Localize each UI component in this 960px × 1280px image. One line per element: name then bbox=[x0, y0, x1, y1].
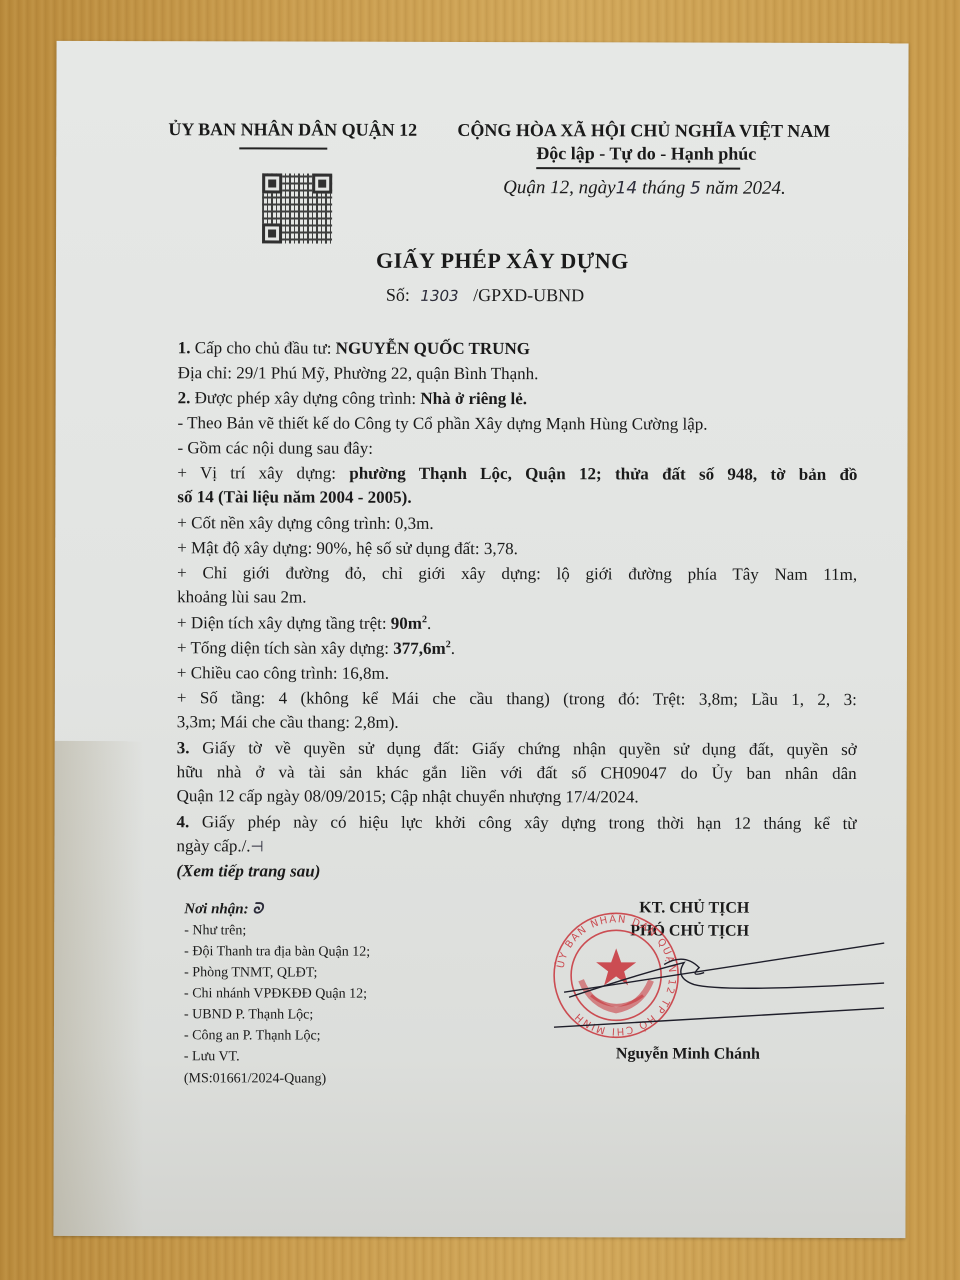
issuer-name: ỦY BAN NHÂN DÂN QUẬN 12 bbox=[168, 119, 417, 141]
design-reference: - Theo Bản vẽ thiết kế do Công ty Cổ phầ… bbox=[178, 413, 858, 435]
number-handwritten: 1303 bbox=[420, 287, 458, 305]
recipient-item: - UBND P. Thạnh Lộc; bbox=[184, 1007, 313, 1023]
document-number: Số: 1303 /GPXD-UBND bbox=[386, 285, 584, 307]
initial-mark-icon: ⊣ bbox=[251, 837, 264, 855]
date-day-handwritten: 14 bbox=[616, 178, 638, 198]
location-line-2: số 14 (Tài liệu năm 2004 - 2005). bbox=[177, 487, 857, 509]
number-suffix: /GPXD-UBND bbox=[473, 285, 584, 305]
section-4-line-1: 4. Giấy phép này có hiệu lực khởi công x… bbox=[176, 812, 856, 834]
date-month-handwritten: 5 bbox=[690, 179, 701, 199]
date-year: năm 2024. bbox=[706, 178, 786, 199]
owner-address: Địa chỉ: 29/1 Phú Mỹ, Phường 22, quận Bì… bbox=[178, 363, 858, 385]
ms-code: (MS:01661/2024-Quang) bbox=[184, 1071, 326, 1087]
floors-line-2: 3,3m; Mái che cầu thang: 2,8m). bbox=[177, 712, 857, 734]
issuer-underline bbox=[239, 147, 327, 149]
date-prefix: Quận 12, ngày bbox=[503, 177, 615, 198]
recipient-item: - Phòng TNMT, QLĐT; bbox=[184, 965, 317, 981]
building-height: + Chiều cao công trình: 16,8m. bbox=[177, 663, 857, 685]
total-floor-area: + Tổng diện tích sàn xây dựng: 377,6m2. bbox=[177, 638, 857, 660]
recipient-item: - Như trên; bbox=[184, 923, 246, 939]
section-2-permit-type: 2. Được phép xây dựng công trình: Nhà ở … bbox=[178, 388, 858, 410]
signature-scribble-icon bbox=[524, 922, 904, 1053]
boundary-line-2: khoảng lùi sau 2m. bbox=[177, 587, 857, 609]
recipients-list: - Như trên;- Đội Thanh tra địa bàn Quận … bbox=[57, 41, 909, 43]
recipients-title: Nơi nhận: ᘐ bbox=[184, 899, 263, 918]
document-title: GIẤY PHÉP XÂY DỰNG bbox=[376, 248, 629, 275]
building-density: + Mật độ xây dựng: 90%, hệ số sử dụng đấ… bbox=[177, 538, 857, 560]
foundation-level: + Cốt nền xây dựng công trình: 0,3m. bbox=[177, 513, 857, 535]
continued-note: (Xem tiếp trang sau) bbox=[176, 861, 856, 883]
ground-floor-area: + Diện tích xây dựng tầng trệt: 90m2. bbox=[177, 613, 857, 635]
boundary-line-1: + Chỉ giới đường đỏ, chỉ giới xây dựng: … bbox=[177, 563, 857, 585]
permit-document: ỦY BAN NHÂN DÂN QUẬN 12 CỘNG HÒA XÃ HỘI … bbox=[53, 41, 908, 1238]
recipient-item: - Công an P. Thạnh Lộc; bbox=[184, 1028, 321, 1044]
qr-code-icon bbox=[262, 173, 332, 243]
section-3-line-3: Quận 12 cấp ngày 08/09/2015; Cập nhật ch… bbox=[177, 786, 857, 808]
section-1-owner: 1. Cấp cho chủ đầu tư: NGUYỄN QUỐC TRUNG bbox=[178, 338, 858, 360]
recipient-item: - Lưu VT. bbox=[184, 1049, 240, 1065]
section-3-line-2: hữu nhà ở và tài sản khác gắn liền với đ… bbox=[177, 762, 857, 784]
location-line-1: + Vị trí xây dựng: phường Thạnh Lộc, Quậ… bbox=[177, 463, 857, 485]
section-3-line-1: 3. Giấy tờ về quyền sử dụng đất: Giấy ch… bbox=[177, 738, 857, 760]
motto: Độc lập - Tự do - Hạnh phúc bbox=[536, 143, 756, 165]
recipient-item: - Chi nhánh VPĐKĐĐ Quận 12; bbox=[184, 986, 367, 1002]
date-month-label: tháng bbox=[642, 177, 685, 198]
includes-heading: - Gồm các nội dung sau đây: bbox=[177, 438, 857, 460]
number-label: Số: bbox=[386, 285, 410, 305]
section-4-line-2: ngày cấp./.⊣ bbox=[176, 836, 856, 858]
motto-underline bbox=[536, 167, 740, 169]
issue-date: Quận 12, ngày14 tháng 5 năm 2024. bbox=[503, 177, 786, 200]
initial-mark-icon: ᘐ bbox=[252, 899, 263, 917]
floors-line-1: + Số tầng: 4 (không kể Mái che cầu thang… bbox=[177, 688, 857, 710]
recipient-item: - Đội Thanh tra địa bàn Quận 12; bbox=[184, 944, 370, 960]
signer-name: Nguyễn Minh Chánh bbox=[616, 1045, 760, 1063]
nation-name: CỘNG HÒA XÃ HỘI CHỦ NGHĨA VIỆT NAM bbox=[457, 120, 830, 142]
